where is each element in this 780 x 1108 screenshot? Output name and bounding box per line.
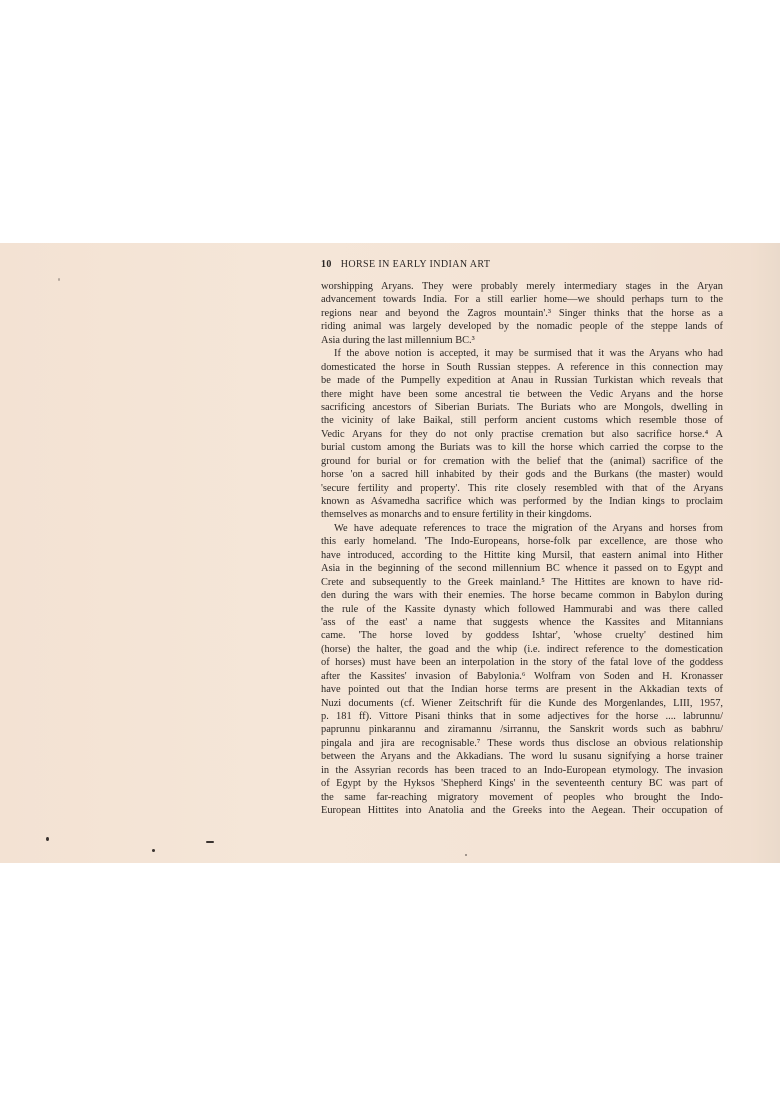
paper-speck [58, 278, 60, 281]
body-text: worshipping Aryans. They were probably m… [321, 280, 723, 818]
text-line: have pointed out that the Indian horse t… [321, 683, 723, 696]
paper-speck [206, 841, 214, 843]
text-line: have introduced, according to the Hittit… [321, 549, 723, 562]
text-line: 'secure fertility and property'. This ri… [321, 482, 723, 495]
text-line: worshipping Aryans. They were probably m… [321, 280, 723, 293]
paper-speck [46, 837, 49, 841]
text-line: of horses) must have been an interpolati… [321, 656, 723, 669]
paper-speck [152, 849, 155, 852]
text-line: horse 'on a sacred hill inhabited by the… [321, 468, 723, 481]
text-line: be made of the Pumpelly expedition at An… [321, 374, 723, 387]
text-line: riding animal was largely developed by t… [321, 320, 723, 333]
text-line: the rule of the Kassite dynasty which fo… [321, 603, 723, 616]
text-line: known as Aśvamedha sacrifice which was p… [321, 495, 723, 508]
text-line: Asia in the beginning of the second mill… [321, 562, 723, 575]
text-line: paprunnu pinkarannu and ziramannu /sirra… [321, 723, 723, 736]
text-line: sacrificing ancestors of Siberian Buriat… [321, 401, 723, 414]
text-line: there might have been some ancestral tie… [321, 388, 723, 401]
running-head: 10 HORSE IN EARLY INDIAN ART [321, 259, 490, 270]
text-line: Nuzi documents (cf. Wiener Zeitschrift f… [321, 697, 723, 710]
text-line: (horse) the halter, the goad and the whi… [321, 643, 723, 656]
paper-speck [465, 854, 467, 856]
text-line: between the Aryans and the Akkadians. Th… [321, 750, 723, 763]
text-line: Crete and subsequently to the Greek main… [321, 576, 723, 589]
text-line: this early homeland. 'The Indo-Europeans… [321, 535, 723, 548]
text-line: the vicinity of lake Baikal, still perfo… [321, 414, 723, 427]
text-line: Asia during the last millennium BC.³ [321, 334, 723, 347]
text-line: pingala and jira are recognisable.⁷ Thes… [321, 737, 723, 750]
text-line: den during the wars with their enemies. … [321, 589, 723, 602]
text-line: the same far-reaching migratory movement… [321, 791, 723, 804]
text-line: p. 181 ff). Vittore Pisani thinks that i… [321, 710, 723, 723]
text-line: of Egypt by the Hyksos 'Shepherd Kings' … [321, 777, 723, 790]
text-line: came. 'The horse loved by goddess Ishtar… [321, 629, 723, 642]
text-line: domesticated the horse in South Russian … [321, 361, 723, 374]
text-line: burial custom among the Buriats was to k… [321, 441, 723, 454]
text-line: in the Assyrian records has been traced … [321, 764, 723, 777]
text-line: after the Kassites' invasion of Babyloni… [321, 670, 723, 683]
text-line: If the above notion is accepted, it may … [321, 347, 723, 360]
text-line: 'ass of the east' a name that suggests w… [321, 616, 723, 629]
text-line: We have adequate references to trace the… [321, 522, 723, 535]
running-head-title: HORSE IN EARLY INDIAN ART [341, 259, 491, 270]
text-line: regions near and beyond the Zagros mount… [321, 307, 723, 320]
text-line: Vedic Aryans for they do not only practi… [321, 428, 723, 441]
text-line: ground for burial or for cremation with … [321, 455, 723, 468]
text-line: advancement towards India. For a still e… [321, 293, 723, 306]
page-number: 10 [321, 259, 332, 270]
text-line: European Hittites into Anatolia and the … [321, 804, 723, 817]
text-line: themselves as monarchs and to ensure fer… [321, 508, 723, 521]
